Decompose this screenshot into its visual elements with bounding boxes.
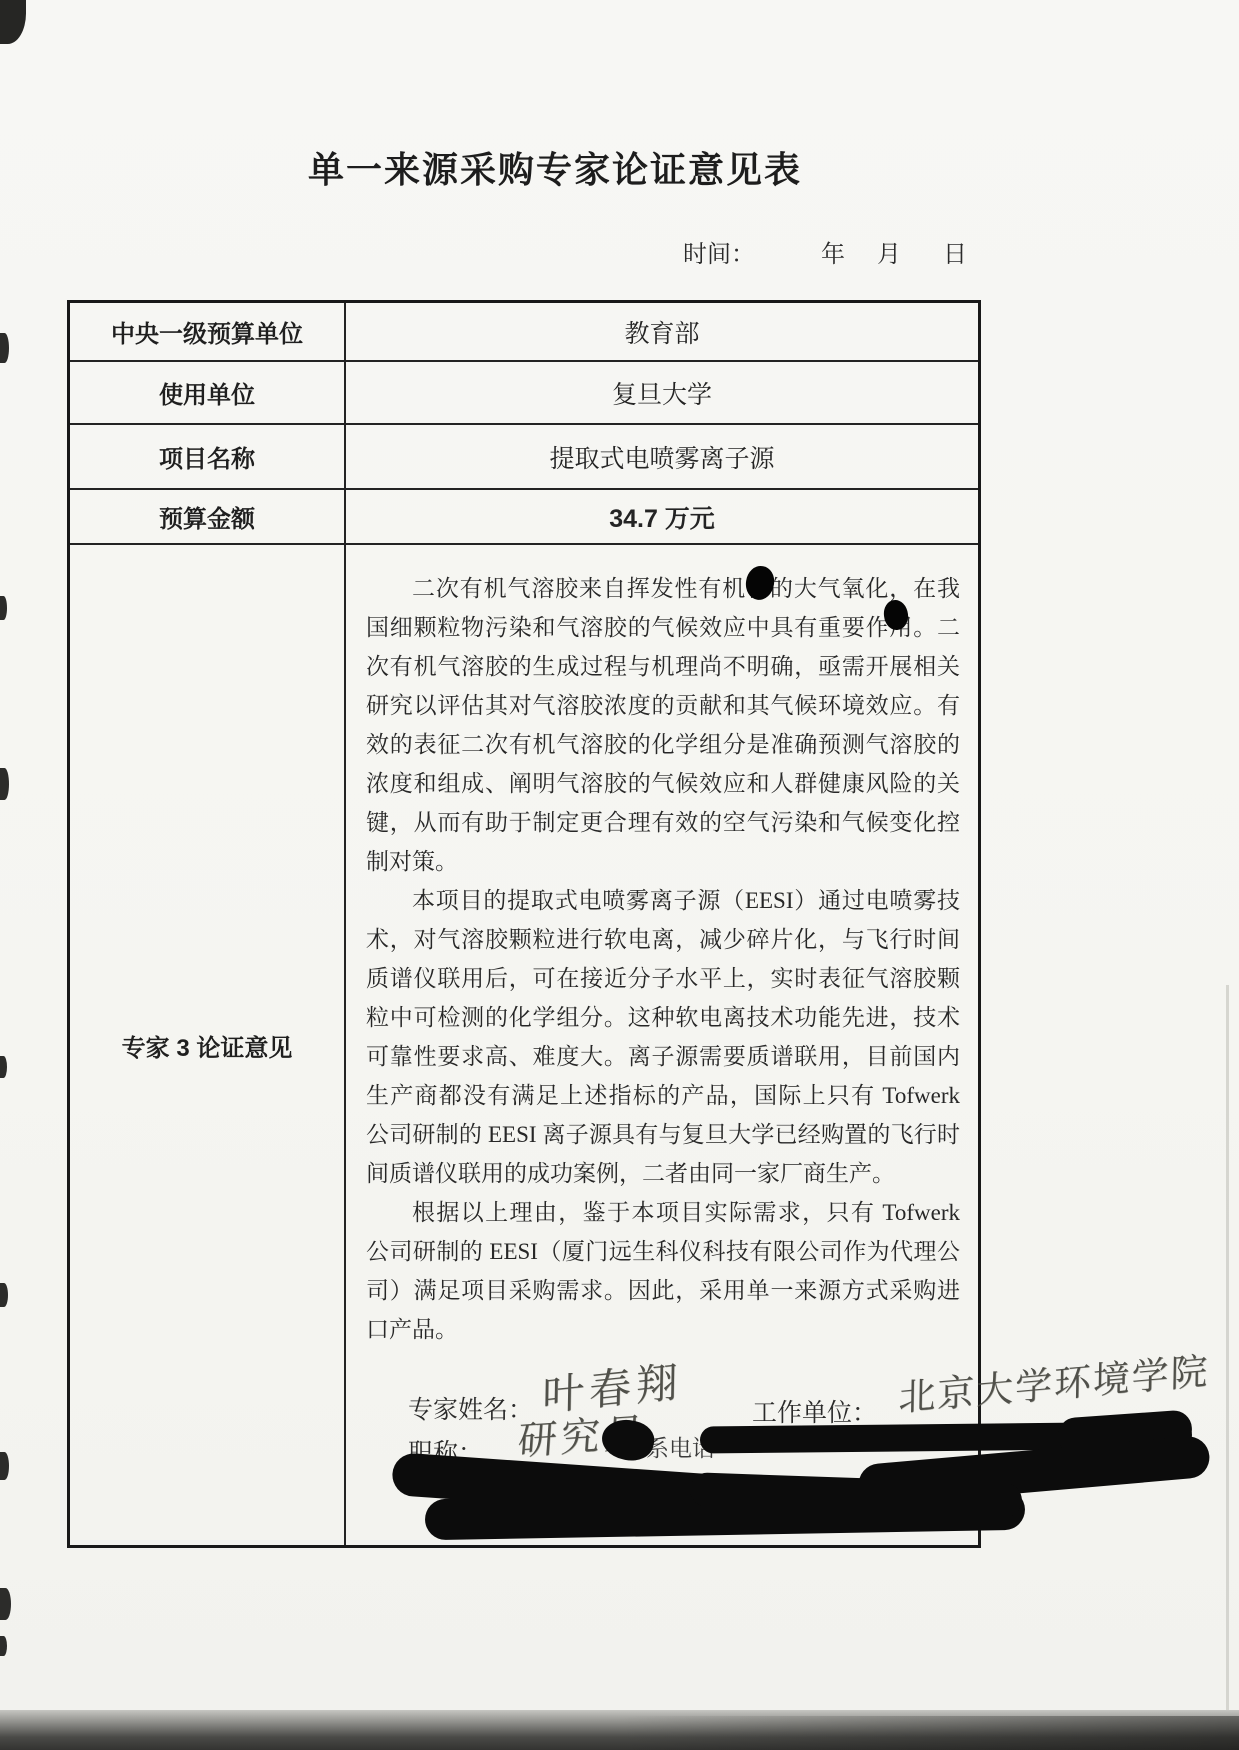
budget-amount-value: 34.7 万元 <box>346 490 978 543</box>
opinion-paragraph-3: 根据以上理由，鉴于本项目实际需求，只有 Tofwerk 公司研制的 EESI（厦… <box>366 1193 960 1349</box>
table-row: 中央一级预算单位 教育部 <box>70 303 978 362</box>
date-line: 时间：年月日 <box>683 234 967 269</box>
using-unit-value: 复旦大学 <box>346 362 978 423</box>
expert-opinion-label: 专家 3 论证意见 <box>70 545 346 1545</box>
form-table: 中央一级预算单位 教育部 使用单位 复旦大学 项目名称 提取式电喷雾离子源 预算… <box>67 300 981 1548</box>
scan-artifact <box>0 1283 8 1307</box>
project-name-value: 提取式电喷雾离子源 <box>346 425 978 488</box>
scan-artifact <box>0 1636 7 1656</box>
expert-name-label: 专家姓名： <box>408 1390 533 1426</box>
document-title: 单一来源采购专家论证意见表 <box>0 142 1110 193</box>
scanned-document-page: 单一来源采购专家论证意见表 时间：年月日 中央一级预算单位 教育部 使用单位 复… <box>0 0 1239 1750</box>
budget-unit-label: 中央一级预算单位 <box>70 303 346 360</box>
project-name-label: 项目名称 <box>70 425 346 488</box>
date-day-placeholder: 日 <box>943 242 967 268</box>
scan-artifact <box>1226 985 1229 1715</box>
scan-artifact <box>0 768 9 800</box>
table-row: 预算金额 34.7 万元 <box>70 490 978 545</box>
date-year-placeholder: 年 <box>821 242 845 268</box>
date-month-placeholder: 月 <box>877 242 901 268</box>
table-row: 项目名称 提取式电喷雾离子源 <box>70 425 978 490</box>
date-label: 时间： <box>683 242 755 268</box>
scan-artifact <box>0 1588 11 1620</box>
using-unit-label: 使用单位 <box>70 362 346 423</box>
table-row: 使用单位 复旦大学 <box>70 362 978 425</box>
scan-artifact <box>0 1056 7 1078</box>
scan-artifact <box>0 0 26 44</box>
budget-unit-value: 教育部 <box>346 303 978 360</box>
scan-artifact <box>0 1452 9 1480</box>
opinion-paragraph-2: 本项目的提取式电喷雾离子源（EESI）通过电喷雾技术，对气溶胶颗粒进行软电离，减… <box>366 881 960 1193</box>
work-unit-label: 工作单位： <box>752 1393 877 1429</box>
scan-artifact <box>0 596 7 620</box>
scan-artifact <box>0 333 9 363</box>
budget-amount-label: 预算金额 <box>70 490 346 543</box>
scan-bottom-edge-shade <box>620 1716 1239 1750</box>
opinion-paragraph-1: 二次有机气溶胶来自挥发性有机物的大气氧化，在我国细颗粒物污染和气溶胶的气候效应中… <box>366 569 960 881</box>
